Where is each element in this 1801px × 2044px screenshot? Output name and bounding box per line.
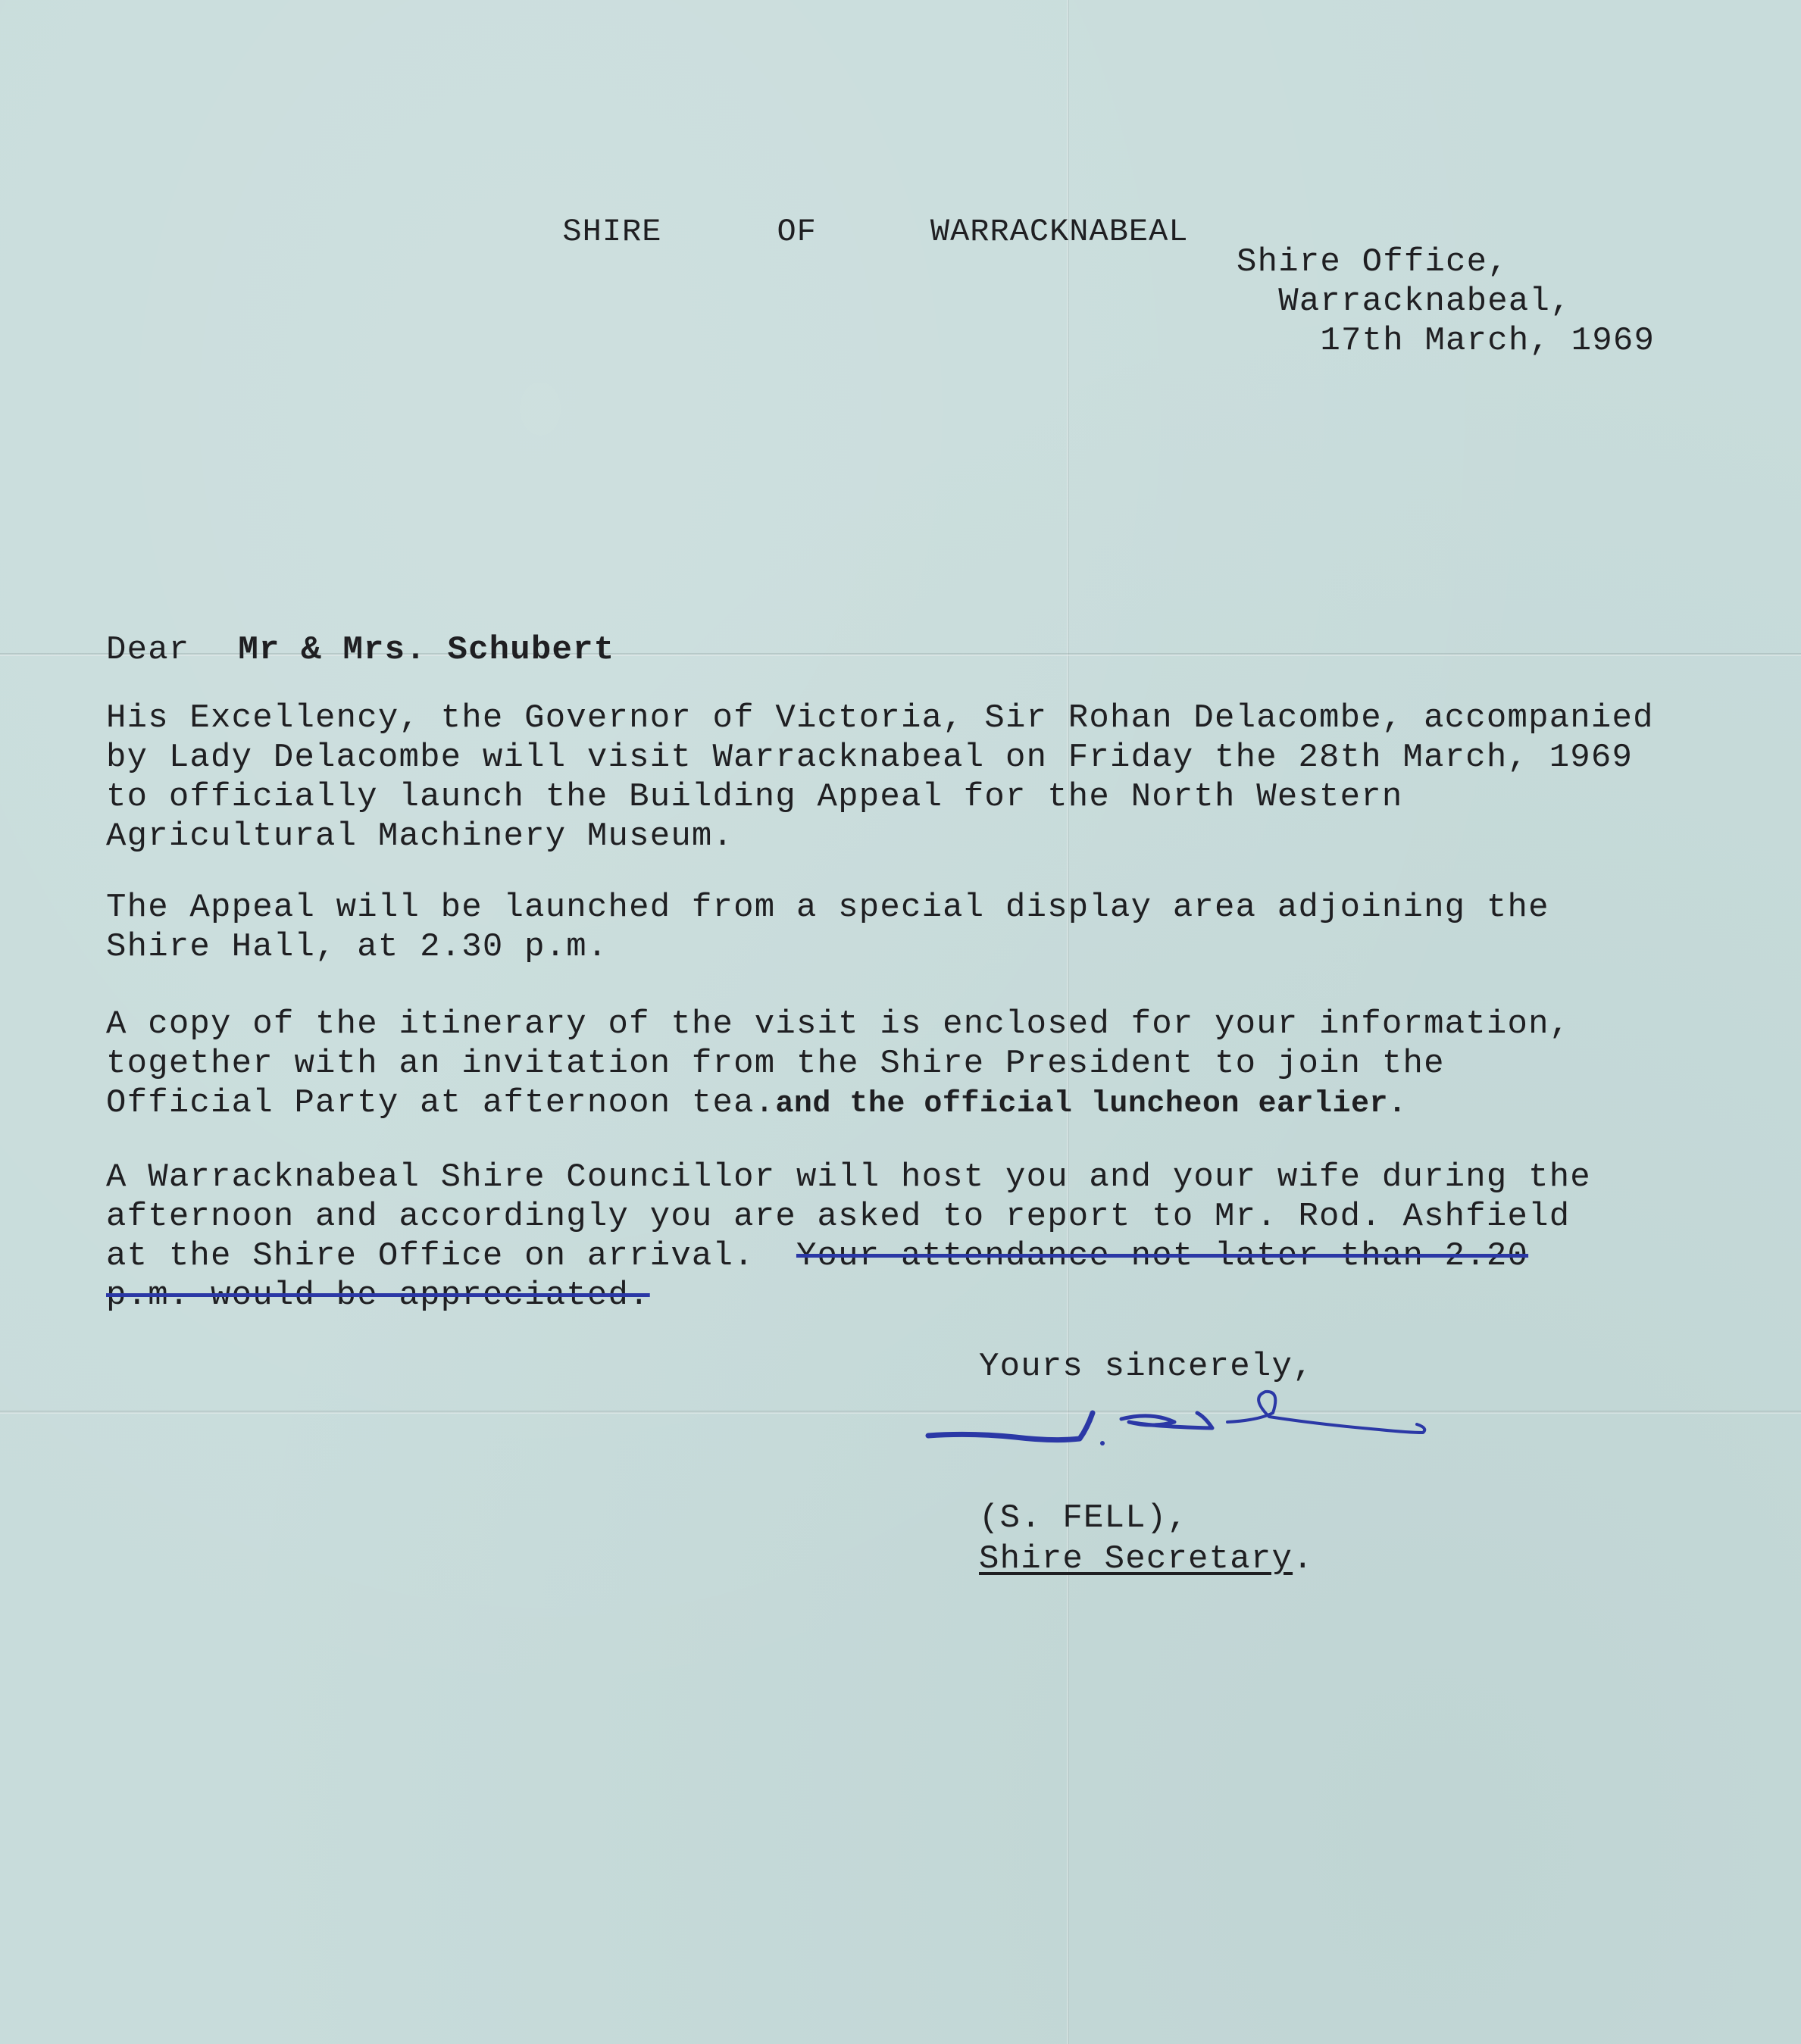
paragraph-1-line: by Lady Delacombe will visit Warracknabe… (106, 738, 1654, 777)
paragraph-2-line: Shire Hall, at 2.30 p.m. (106, 927, 1549, 967)
signatory-name: (S. FELL), (979, 1499, 1188, 1538)
salutation-greeting: Dear (106, 631, 189, 669)
paragraph-1-line: His Excellency, the Governor of Victoria… (106, 699, 1654, 738)
paragraph-3: A copy of the itinerary of the visit is … (106, 1005, 1570, 1124)
handwritten-signature-icon (924, 1383, 1440, 1466)
paragraph-4-line: at the Shire Office on arrival. (106, 1237, 796, 1275)
paragraph-1-line: Agricultural Machinery Museum. (106, 817, 1654, 856)
paragraph-1: His Excellency, the Governor of Victoria… (106, 699, 1654, 856)
sender-address: Shire Office, Warracknabeal, 17th March,… (1237, 242, 1655, 361)
signatory-title-period: . (1293, 1540, 1314, 1578)
letterhead: SHIREOFWARRACKNABEAL (523, 173, 1189, 252)
paragraph-3-line: together with an invitation from the Shi… (106, 1044, 1570, 1083)
paragraph-4: A Warracknabeal Shire Councillor will ho… (106, 1158, 1591, 1315)
paragraph-4-line: afternoon and accordingly you are asked … (106, 1197, 1591, 1236)
letterhead-word-1: SHIRE (562, 212, 661, 252)
signatory-title: Shire Secretary. (979, 1539, 1314, 1579)
paragraph-2: The Appeal will be launched from a speci… (106, 888, 1549, 967)
address-date: 17th March, 1969 (1237, 321, 1655, 361)
address-line-2: Warracknabeal, (1237, 282, 1655, 321)
struck-text-appreciated: p.m. would be appreciated. (106, 1277, 650, 1314)
salutation-recipient: Mr & Mrs. Schubert (238, 631, 614, 669)
signatory-title-text: Shire Secretary (979, 1540, 1293, 1578)
address-line-1: Shire Office, (1237, 242, 1655, 282)
inserted-text-luncheon: and the official luncheon earlier. (775, 1087, 1406, 1121)
paragraph-2-line: The Appeal will be launched from a speci… (106, 888, 1549, 927)
paragraph-3-line: A copy of the itinerary of the visit is … (106, 1005, 1570, 1044)
paragraph-1-line: to officially launch the Building Appeal… (106, 777, 1654, 817)
paragraph-4-line: A Warracknabeal Shire Councillor will ho… (106, 1158, 1591, 1197)
paragraph-3-line: Official Party at afternoon tea. (106, 1084, 775, 1122)
letterhead-word-2: OF (777, 212, 816, 252)
letterhead-word-3: WARRACKNABEAL (930, 212, 1189, 252)
valediction: Yours sincerely, (979, 1347, 1314, 1386)
salutation: DearMr & Mrs. Schubert (106, 630, 614, 670)
struck-text-attendance: Your attendance not later than 2.20 (796, 1237, 1528, 1275)
fold-crease-horizontal-bottom (0, 1411, 1801, 1414)
